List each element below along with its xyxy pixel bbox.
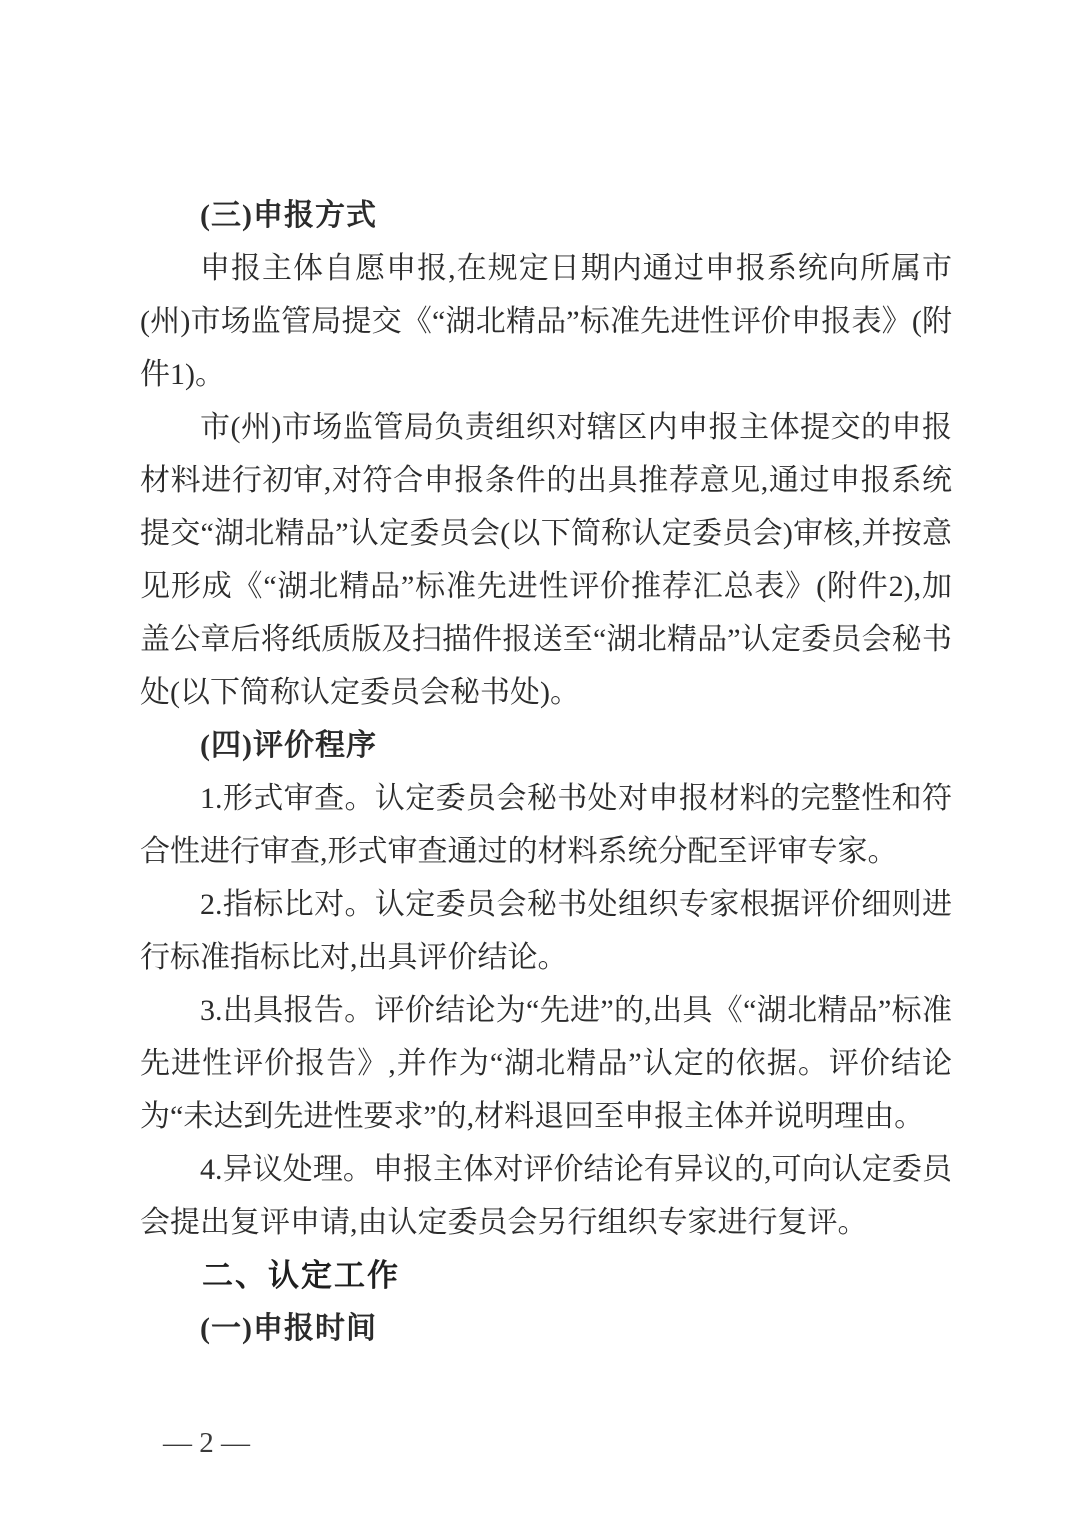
document-page: (三)申报方式 申报主体自愿申报,在规定日期内通过申报系统向所属市(州)市场监管… — [0, 0, 1080, 1527]
paragraph-step-issue-report: 3.出具报告。评价结论为“先进”的,出具《“湖北精品”标准先进性评价报告》,并作… — [140, 984, 952, 1143]
paragraph-step-objection-handling: 4.异议处理。申报主体对评价结论有异议的,可向认定委员会提出复评申请,由认定委员… — [140, 1143, 952, 1249]
paragraph-step-indicator-comparison: 2.指标比对。认定委员会秘书处组织专家根据评价细则进行标准指标比对,出具评价结论… — [140, 878, 952, 984]
document-body: (三)申报方式 申报主体自愿申报,在规定日期内通过申报系统向所属市(州)市场监管… — [140, 189, 952, 1355]
paragraph-step-formal-review: 1.形式审查。认定委员会秘书处对申报材料的完整性和符合性进行审查,形式审查通过的… — [140, 772, 952, 878]
section-heading-declaration-method: (三)申报方式 — [140, 189, 952, 242]
section-heading-declaration-time: (一)申报时间 — [140, 1302, 952, 1355]
paragraph-voluntary-application: 申报主体自愿申报,在规定日期内通过申报系统向所属市(州)市场监管局提交《“湖北精… — [140, 242, 952, 401]
section-heading-evaluation-procedure: (四)评价程序 — [140, 719, 952, 772]
chapter-heading-recognition-work: 二、认定工作 — [140, 1249, 952, 1302]
paragraph-initial-review: 市(州)市场监管局负责组织对辖区内申报主体提交的申报材料进行初审,对符合申报条件… — [140, 401, 952, 719]
page-number: — 2 — — [163, 1423, 250, 1463]
